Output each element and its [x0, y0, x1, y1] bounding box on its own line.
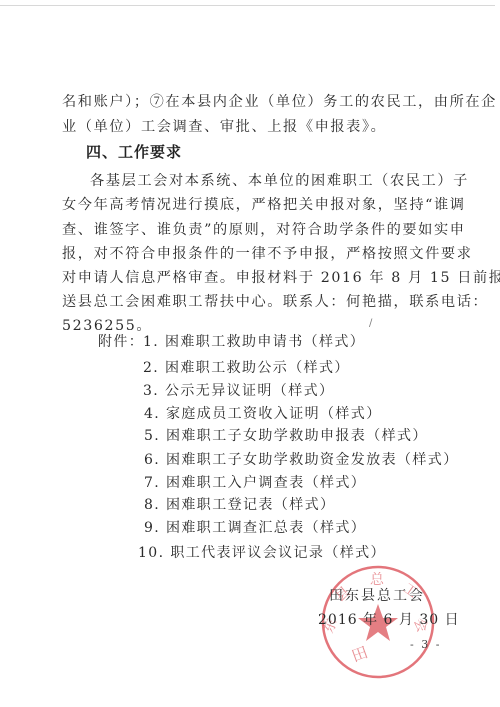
page-number: - 3 -	[410, 638, 441, 651]
text-line: 业（单位）工会调查、审批、上报《申报表》。	[62, 117, 386, 137]
text-line: 报，对不符合申报条件的一律不予申报，严格按照文件要求	[62, 244, 472, 264]
attachment-item: 9. 困难职工调查汇总表（样式）	[144, 518, 366, 538]
scan-edge-line	[0, 5, 495, 6]
attachment-item: 7. 困难职工入户调查表（样式）	[144, 473, 366, 493]
text-line: 对申请人信息严格审查。申报材料于 2016 年 8 月 15 日前报	[62, 268, 500, 288]
text-line: 送县总工会困难职工帮扶中心。联系人：何艳描，联系电话：	[62, 292, 488, 312]
attachment-item: 2. 困难职工救助公示（样式）	[143, 358, 350, 378]
attachment-item: 1. 困难职工救助申请书（样式）	[143, 332, 365, 352]
attachment-item: 4. 家庭成员工资收入证明（样式）	[144, 404, 382, 424]
text-line: 女今年高考情况进行摸底，严格把关申报对象，坚持“谁调	[62, 195, 466, 215]
attachment-item: 3. 公示无异议证明（样式）	[143, 381, 334, 401]
attachment-item: 6. 困难职工子女助学救助资金发放表（样式）	[144, 450, 459, 470]
attachment-item: 5. 困难职工子女助学救助申报表（样式）	[144, 426, 428, 446]
svg-text:田: 田	[349, 642, 371, 665]
text-line: 名和账户）；⑦在本县内企业（单位）务工的农民工，由所在企	[62, 92, 497, 112]
signature-organization: 田东县总工会	[329, 586, 425, 606]
text-line: 查、谁签字、谁负责”的原则，对符合助学条件的要如实申	[62, 220, 466, 240]
attachments-label: 附件：	[98, 332, 144, 352]
scan-speck: /	[369, 318, 372, 329]
text-line: 各基层工会对本系统、本单位的困难职工（农民工）子	[90, 171, 469, 191]
section-heading: 四、工作要求	[86, 142, 182, 162]
attachment-item: 8. 困难职工登记表（样式）	[144, 495, 335, 515]
attachment-item: 10. 职工代表评议会议记录（样式）	[138, 543, 386, 563]
signature-date: 2016 年 6 月 30 日	[318, 610, 460, 630]
